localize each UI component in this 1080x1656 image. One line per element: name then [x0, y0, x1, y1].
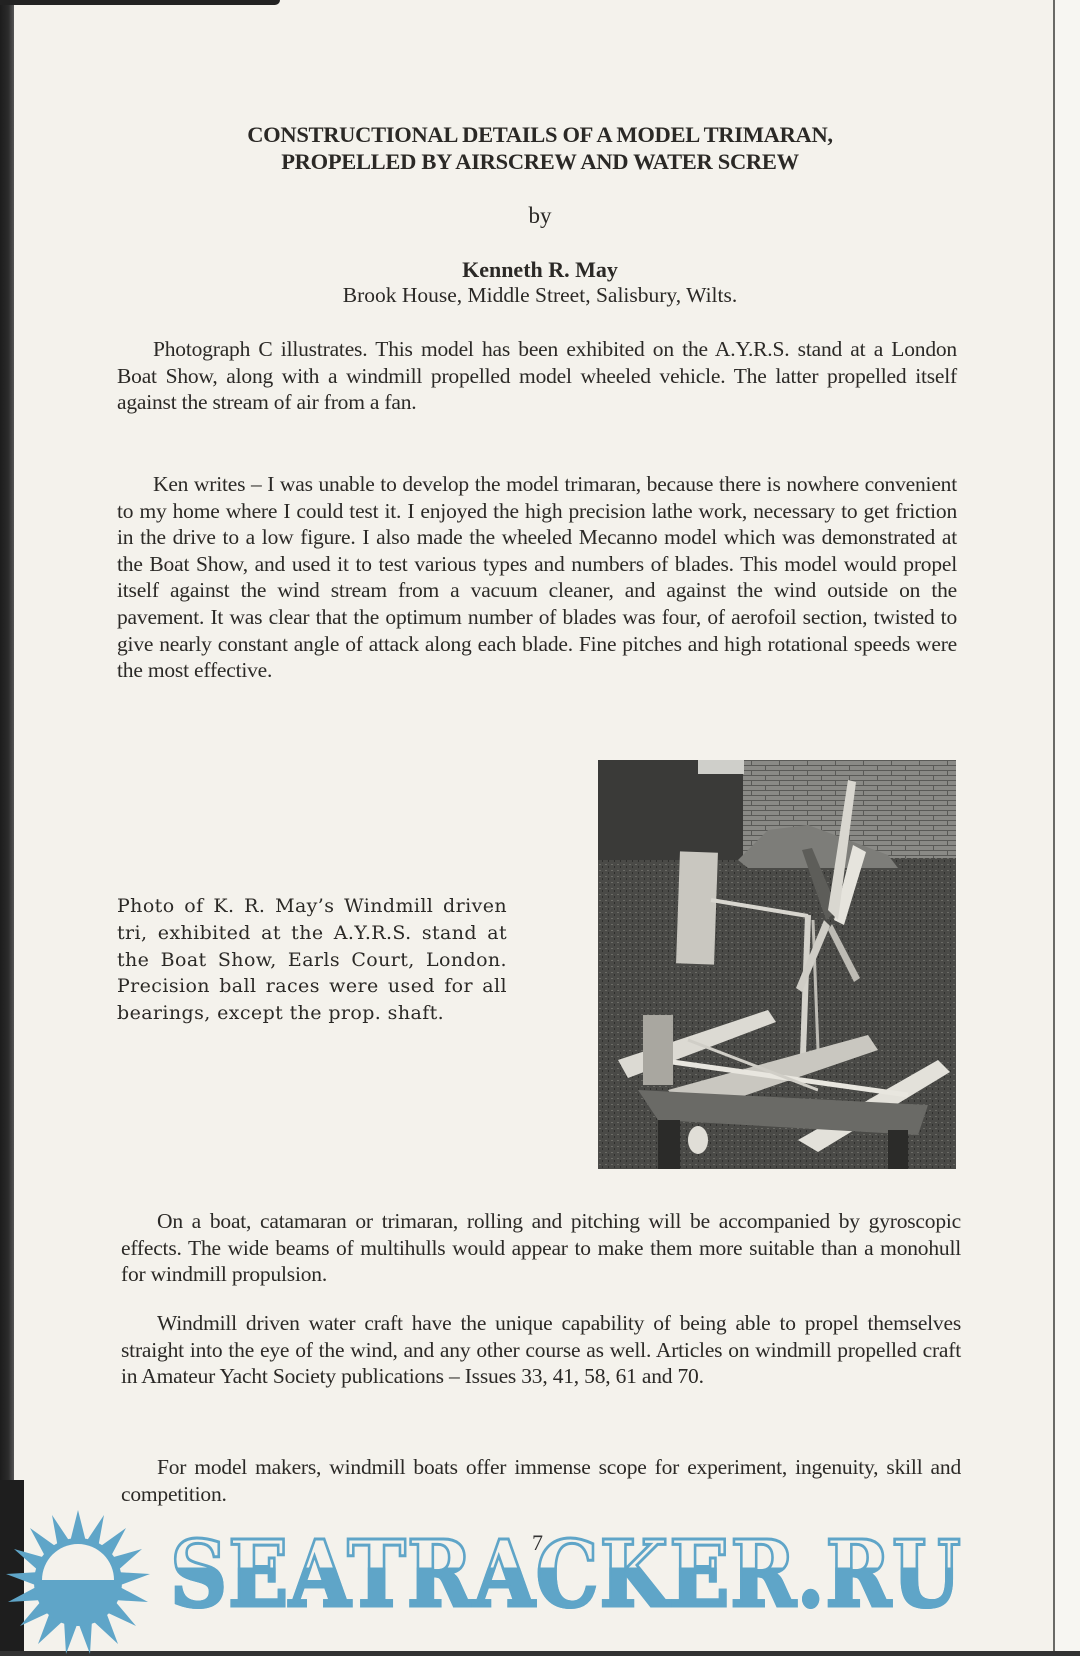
article-title-line-1: CONSTRUCTIONAL DETAILS OF A MODEL TRIMAR… [0, 121, 1080, 148]
scan-edge-right [1053, 0, 1055, 1656]
figure-caption: Photo of K. R. May’s Windmill driven tri… [117, 893, 507, 1027]
byline: by [0, 203, 1080, 229]
article-title-line-2: PROPELLED BY AIRSCREW AND WATER SCREW [0, 148, 1080, 175]
paragraph-model-makers: For model makers, windmill boats offer i… [121, 1454, 961, 1507]
trimaran-photo [598, 760, 956, 1169]
scan-edge-top [0, 0, 280, 5]
scan-edge-bottom [0, 1651, 1080, 1656]
author-name: Kenneth R. May [0, 257, 1080, 283]
paragraph-ken-writes: Ken writes – I was unable to develop the… [117, 471, 957, 684]
scan-edge-left-lower [0, 1480, 24, 1656]
scan-edge-left [0, 0, 14, 1656]
scan-margin [1055, 0, 1080, 1656]
paragraph-gyroscopic: On a boat, catamaran or trimaran, rollin… [121, 1208, 961, 1288]
paragraph-windmill-craft: Windmill driven water craft have the uni… [121, 1310, 961, 1390]
author-address: Brook House, Middle Street, Salisbury, W… [0, 283, 1080, 308]
watermark-text: SEATRACKER.RU [170, 1528, 962, 1620]
photo-illustration [598, 760, 956, 1169]
document-page: CONSTRUCTIONAL DETAILS OF A MODEL TRIMAR… [0, 0, 1080, 1656]
paragraph-intro: Photograph C illustrates. This model has… [117, 336, 957, 416]
